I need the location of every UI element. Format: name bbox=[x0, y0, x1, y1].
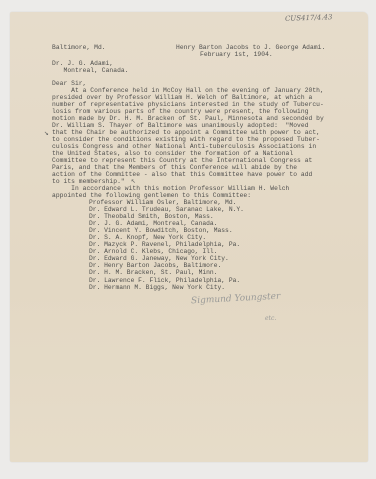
recipient-city: Montreal, Canada. bbox=[52, 67, 129, 74]
committee-member: Dr. Arnold C. Klebs, Chicago, Ill. bbox=[89, 248, 244, 255]
committee-member: Dr. Henry Barton Jacobs, Baltimore. bbox=[89, 262, 244, 269]
committee-member: Dr. Hermann M. Biggs, New York City. bbox=[89, 284, 244, 291]
committee-member: Professor William Osler, Baltimore, Md. bbox=[89, 199, 244, 206]
place-line: Baltimore, Md. bbox=[52, 44, 106, 51]
committee-member: Dr. S. A. Knopf, New York City. bbox=[89, 234, 244, 241]
committee-member: Dr. Mazyck P. Ravenel, Philadelphia, Pa. bbox=[89, 241, 244, 248]
committee-member: Dr. Edward G. Janeway, New York City. bbox=[89, 255, 244, 262]
committee-member-list: Professor William Osler, Baltimore, Md. … bbox=[89, 199, 244, 291]
committee-member: Dr. Lawrence F. Flick, Philadelphia, Pa. bbox=[89, 277, 244, 284]
date-line: February 1st, 1904. bbox=[200, 51, 273, 58]
committee-member: Dr. Edward L. Trudeau, Saranac Lake, N.Y… bbox=[89, 206, 244, 213]
signature-suffix: etc. bbox=[265, 315, 276, 322]
committee-member: Dr. Theobald Smith, Boston, Mass. bbox=[89, 213, 244, 220]
committee-member: Dr. H. M. Bracken, St. Paul, Minn. bbox=[89, 269, 244, 276]
committee-member: Dr. J. G. Adami, Montreal, Canada. bbox=[89, 220, 244, 227]
pencil-arrow-icon: ↘ bbox=[44, 128, 49, 138]
archive-mark: CUS417/4.43 bbox=[285, 13, 333, 23]
committee-member: Dr. Vincent Y. Bowditch, Boston, Mass. bbox=[89, 227, 244, 234]
